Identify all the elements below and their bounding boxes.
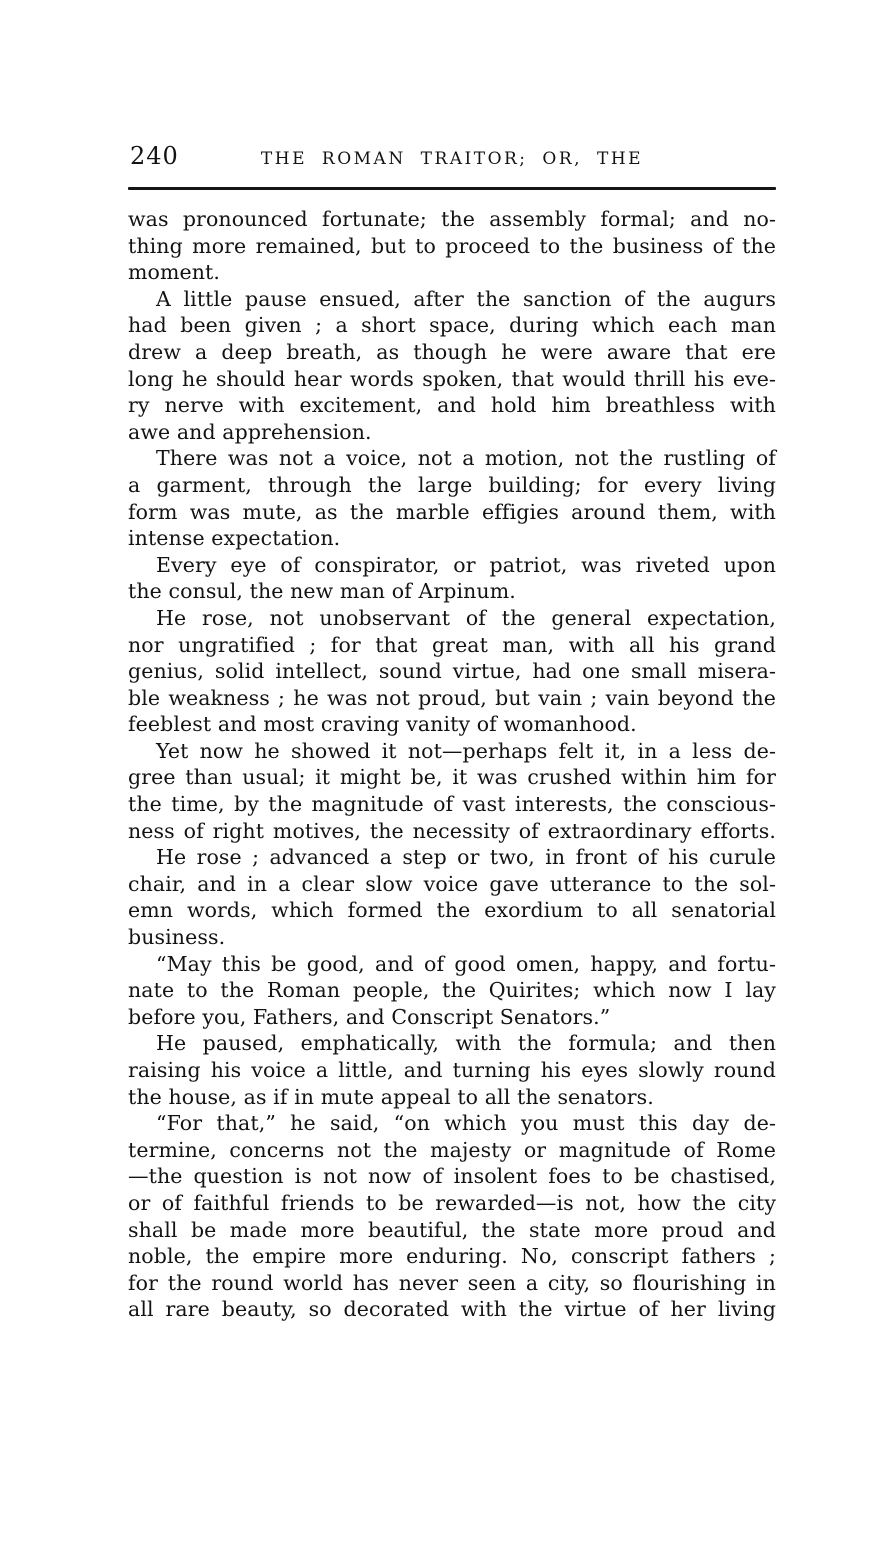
text-line: a garment, through the large building; f… [128,472,776,499]
text-line: the consul, the new man of Arpinum. [128,578,776,605]
page-header: 240 THE ROMAN TRAITOR; OR, THE [128,142,776,187]
text-line: emn words, which formed the exordium to … [128,897,776,924]
text-line: feeblest and most craving vanity of woma… [128,711,776,738]
book-page: 240 THE ROMAN TRAITOR; OR, THE was prono… [0,0,896,1550]
text-line: or of faithful friends to be rewarded—is… [128,1190,776,1217]
text-line: awe and apprehension. [128,419,776,446]
text-line: A little pause ensued, after the sanctio… [128,286,776,313]
text-line: ble weakness ; he was not proud, but vai… [128,685,776,712]
text-line: He rose ; advanced a step or two, in fro… [128,844,776,871]
page-body: was pronounced fortunate; the assembly f… [128,206,776,1323]
text-line: —the question is not now of insolent foe… [128,1163,776,1190]
text-line: Every eye of conspirator, or patriot, wa… [128,552,776,579]
text-block: 240 THE ROMAN TRAITOR; OR, THE was prono… [128,142,776,1323]
text-line: He paused, emphatically, with the formul… [128,1030,776,1057]
text-line: was pronounced fortunate; the assembly f… [128,206,776,233]
text-line: nate to the Roman people, the Quirites; … [128,977,776,1004]
text-line: “For that,” he said, “on which you must … [128,1110,776,1137]
text-line: There was not a voice, not a motion, not… [128,445,776,472]
text-line: long he should hear words spoken, that w… [128,366,776,393]
text-line: moment. [128,259,776,286]
text-line: ry nerve with excitement, and hold him b… [128,392,776,419]
text-line: gree than usual; it might be, it was cru… [128,764,776,791]
text-line: before you, Fathers, and Conscript Senat… [128,1004,776,1031]
text-line: drew a deep breath, as though he were aw… [128,339,776,366]
text-line: thing more remained, but to proceed to t… [128,233,776,260]
text-line: chair, and in a clear slow voice gave ut… [128,871,776,898]
text-line: for the round world has never seen a cit… [128,1270,776,1297]
text-line: form was mute, as the marble effigies ar… [128,499,776,526]
text-line: He rose, not unobservant of the general … [128,605,776,632]
text-line: all rare beauty, so decorated with the v… [128,1296,776,1323]
text-line: “May this be good, and of good omen, hap… [128,951,776,978]
text-line: business. [128,924,776,951]
text-line: shall be made more beautiful, the state … [128,1217,776,1244]
header-rule [128,187,776,190]
text-line: genius, solid intellect, sound virtue, h… [128,658,776,685]
text-line: the time, by the magnitude of vast inter… [128,791,776,818]
text-line: nor ungratified ; for that great man, wi… [128,632,776,659]
text-line: noble, the empire more enduring. No, con… [128,1243,776,1270]
running-title: THE ROMAN TRAITOR; OR, THE [128,142,776,169]
text-line: Yet now he showed it not—perhaps felt it… [128,738,776,765]
text-line: the house, as if in mute appeal to all t… [128,1084,776,1111]
page-number: 240 [130,142,179,170]
text-line: intense expectation. [128,525,776,552]
text-line: raising his voice a little, and turning … [128,1057,776,1084]
text-line: had been given ; a short space, during w… [128,312,776,339]
text-line: termine, concerns not the majesty or mag… [128,1137,776,1164]
text-line: ness of right motives, the necessity of … [128,818,776,845]
